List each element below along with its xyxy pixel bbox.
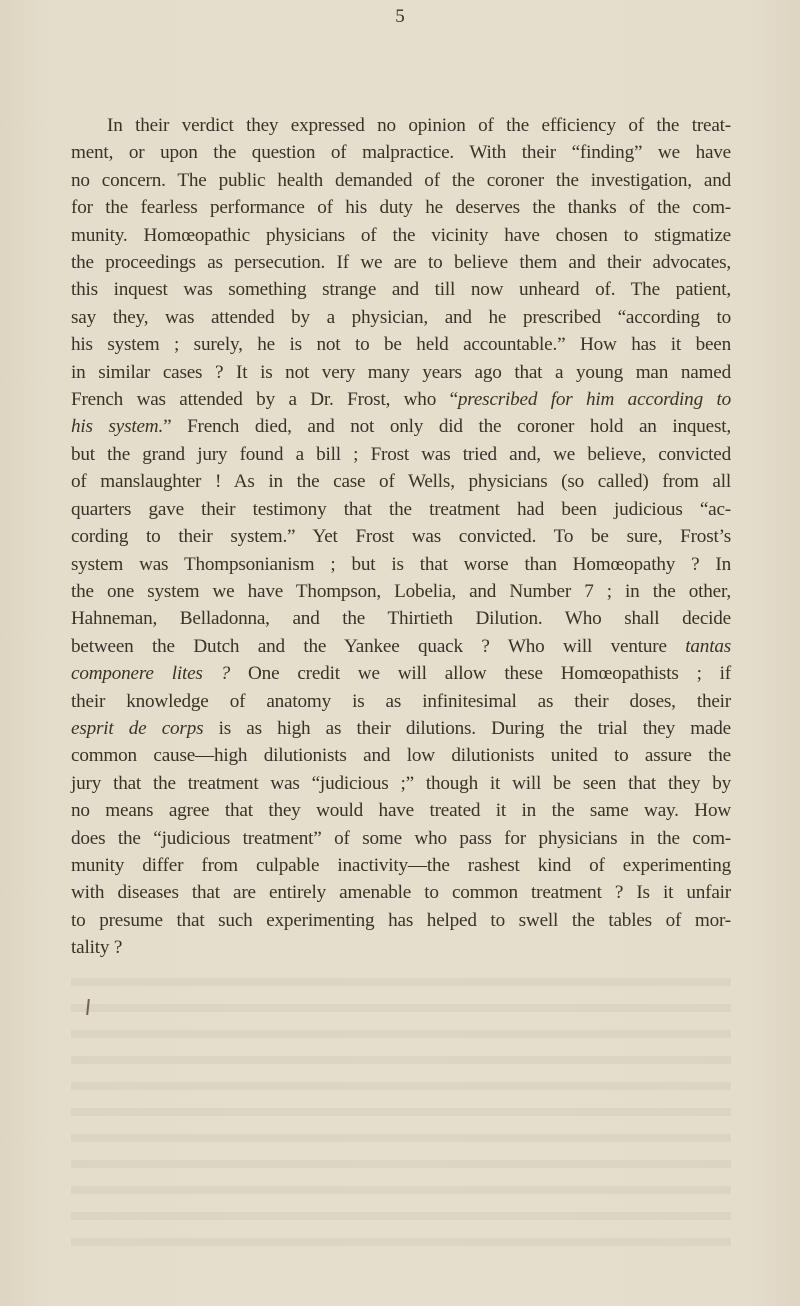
page-number: 5 [0, 2, 800, 32]
italic-text: prescribed for him according to [458, 389, 731, 410]
text-run: this inquest was something strange and t… [71, 279, 731, 300]
text-line: for the fearless performance of his duty… [71, 194, 731, 221]
text-run: cording to their system.” Yet Frost was … [71, 526, 731, 547]
text-run: for the fearless performance of his duty… [71, 197, 731, 218]
text-line: their knowledge of anatomy is as infinit… [71, 688, 731, 715]
text-run: In their verdict they expressed no opini… [107, 115, 731, 136]
text-run: the proceedings as persecution. If we ar… [71, 252, 731, 273]
text-line: the one system we have Thompson, Lobelia… [71, 578, 731, 605]
text-run: no means agree that they would have trea… [71, 800, 731, 821]
text-line: system was Thompsonianism ; but is that … [71, 551, 731, 578]
text-run: common cause—high dilutionists and low d… [71, 745, 731, 766]
text-line: no concern. The public health demanded o… [71, 167, 731, 194]
text-line: his system.” French died, and not only d… [71, 413, 731, 440]
text-line: with diseases that are entirely amenable… [71, 879, 731, 906]
text-line: jury that the treatment was “judicious ;… [71, 770, 731, 797]
text-run: tality ? [71, 937, 122, 958]
text-run: but the grand jury found a bill ; Frost … [71, 444, 731, 465]
body-paragraph: In their verdict they expressed no opini… [71, 112, 731, 962]
text-run: his system ; surely, he is not to be hel… [71, 334, 731, 355]
text-line: does the “judicious treatment” of some w… [71, 825, 731, 852]
text-line: his system ; surely, he is not to be hel… [71, 331, 731, 358]
text-line: in similar cases ? It is not very many y… [71, 359, 731, 386]
text-line: ment, or upon the question of malpractic… [71, 139, 731, 166]
text-line: munity differ from culpable inactivity—t… [71, 852, 731, 879]
text-run: munity. Homœopathic physicians of the vi… [71, 225, 731, 246]
italic-text: esprit de corps [71, 718, 203, 739]
text-line: between the Dutch and the Yankee quack ?… [71, 633, 731, 660]
text-line: French was attended by a Dr. Frost, who … [71, 386, 731, 413]
text-line: tality ? [71, 934, 731, 961]
text-line: of manslaughter ! As in the case of Well… [71, 468, 731, 495]
text-run: munity differ from culpable inactivity—t… [71, 855, 731, 876]
text-run: jury that the treatment was “judicious ;… [71, 773, 731, 794]
text-run: the one system we have Thompson, Lobelia… [71, 581, 731, 602]
text-line: quarters gave their testimony that the t… [71, 496, 731, 523]
text-run: quarters gave their testimony that the t… [71, 499, 731, 520]
text-run: French was attended by a Dr. Frost, who … [71, 389, 458, 410]
text-run: system was Thompsonianism ; but is that … [71, 554, 731, 575]
text-run: is as high as their dilutions. During th… [203, 718, 731, 739]
text-run: no concern. The public health demanded o… [71, 170, 731, 191]
text-line: Hahneman, Belladonna, and the Thirtieth … [71, 605, 731, 632]
text-run: between the Dutch and the Yankee quack ?… [71, 636, 685, 657]
text-run: their knowledge of anatomy is as infinit… [71, 691, 731, 712]
text-line: to presume that such experimenting has h… [71, 907, 731, 934]
text-line: but the grand jury found a bill ; Frost … [71, 441, 731, 468]
text-run: ” French died, and not only did the coro… [163, 416, 731, 437]
italic-text: tantas [685, 636, 731, 657]
italic-text: componere lites ? [71, 663, 230, 684]
text-line: esprit de corps is as high as their dilu… [71, 715, 731, 742]
text-line: the proceedings as persecution. If we ar… [71, 249, 731, 276]
text-line: say they, was attended by a physician, a… [71, 304, 731, 331]
text-run: in similar cases ? It is not very many y… [71, 362, 731, 383]
text-line: componere lites ? One credit we will all… [71, 660, 731, 687]
text-line: munity. Homœopathic physicians of the vi… [71, 222, 731, 249]
text-run: with diseases that are entirely amenable… [71, 882, 731, 903]
text-line: In their verdict they expressed no opini… [71, 112, 731, 139]
text-line: this inquest was something strange and t… [71, 276, 731, 303]
text-run: to presume that such experimenting has h… [71, 910, 731, 931]
italic-text: his system. [71, 416, 163, 437]
text-run: does the “judicious treatment” of some w… [71, 828, 731, 849]
text-line: no means agree that they would have trea… [71, 797, 731, 824]
text-run: ment, or upon the question of malpractic… [71, 142, 731, 163]
text-line: cording to their system.” Yet Frost was … [71, 523, 731, 550]
text-run: say they, was attended by a physician, a… [71, 307, 731, 328]
text-run: One credit we will allow these Homœopath… [230, 663, 731, 684]
text-line: common cause—high dilutionists and low d… [71, 742, 731, 769]
bleed-through-text [71, 960, 731, 1260]
text-run: Hahneman, Belladonna, and the Thirtieth … [71, 608, 731, 629]
text-run: of manslaughter ! As in the case of Well… [71, 471, 731, 492]
